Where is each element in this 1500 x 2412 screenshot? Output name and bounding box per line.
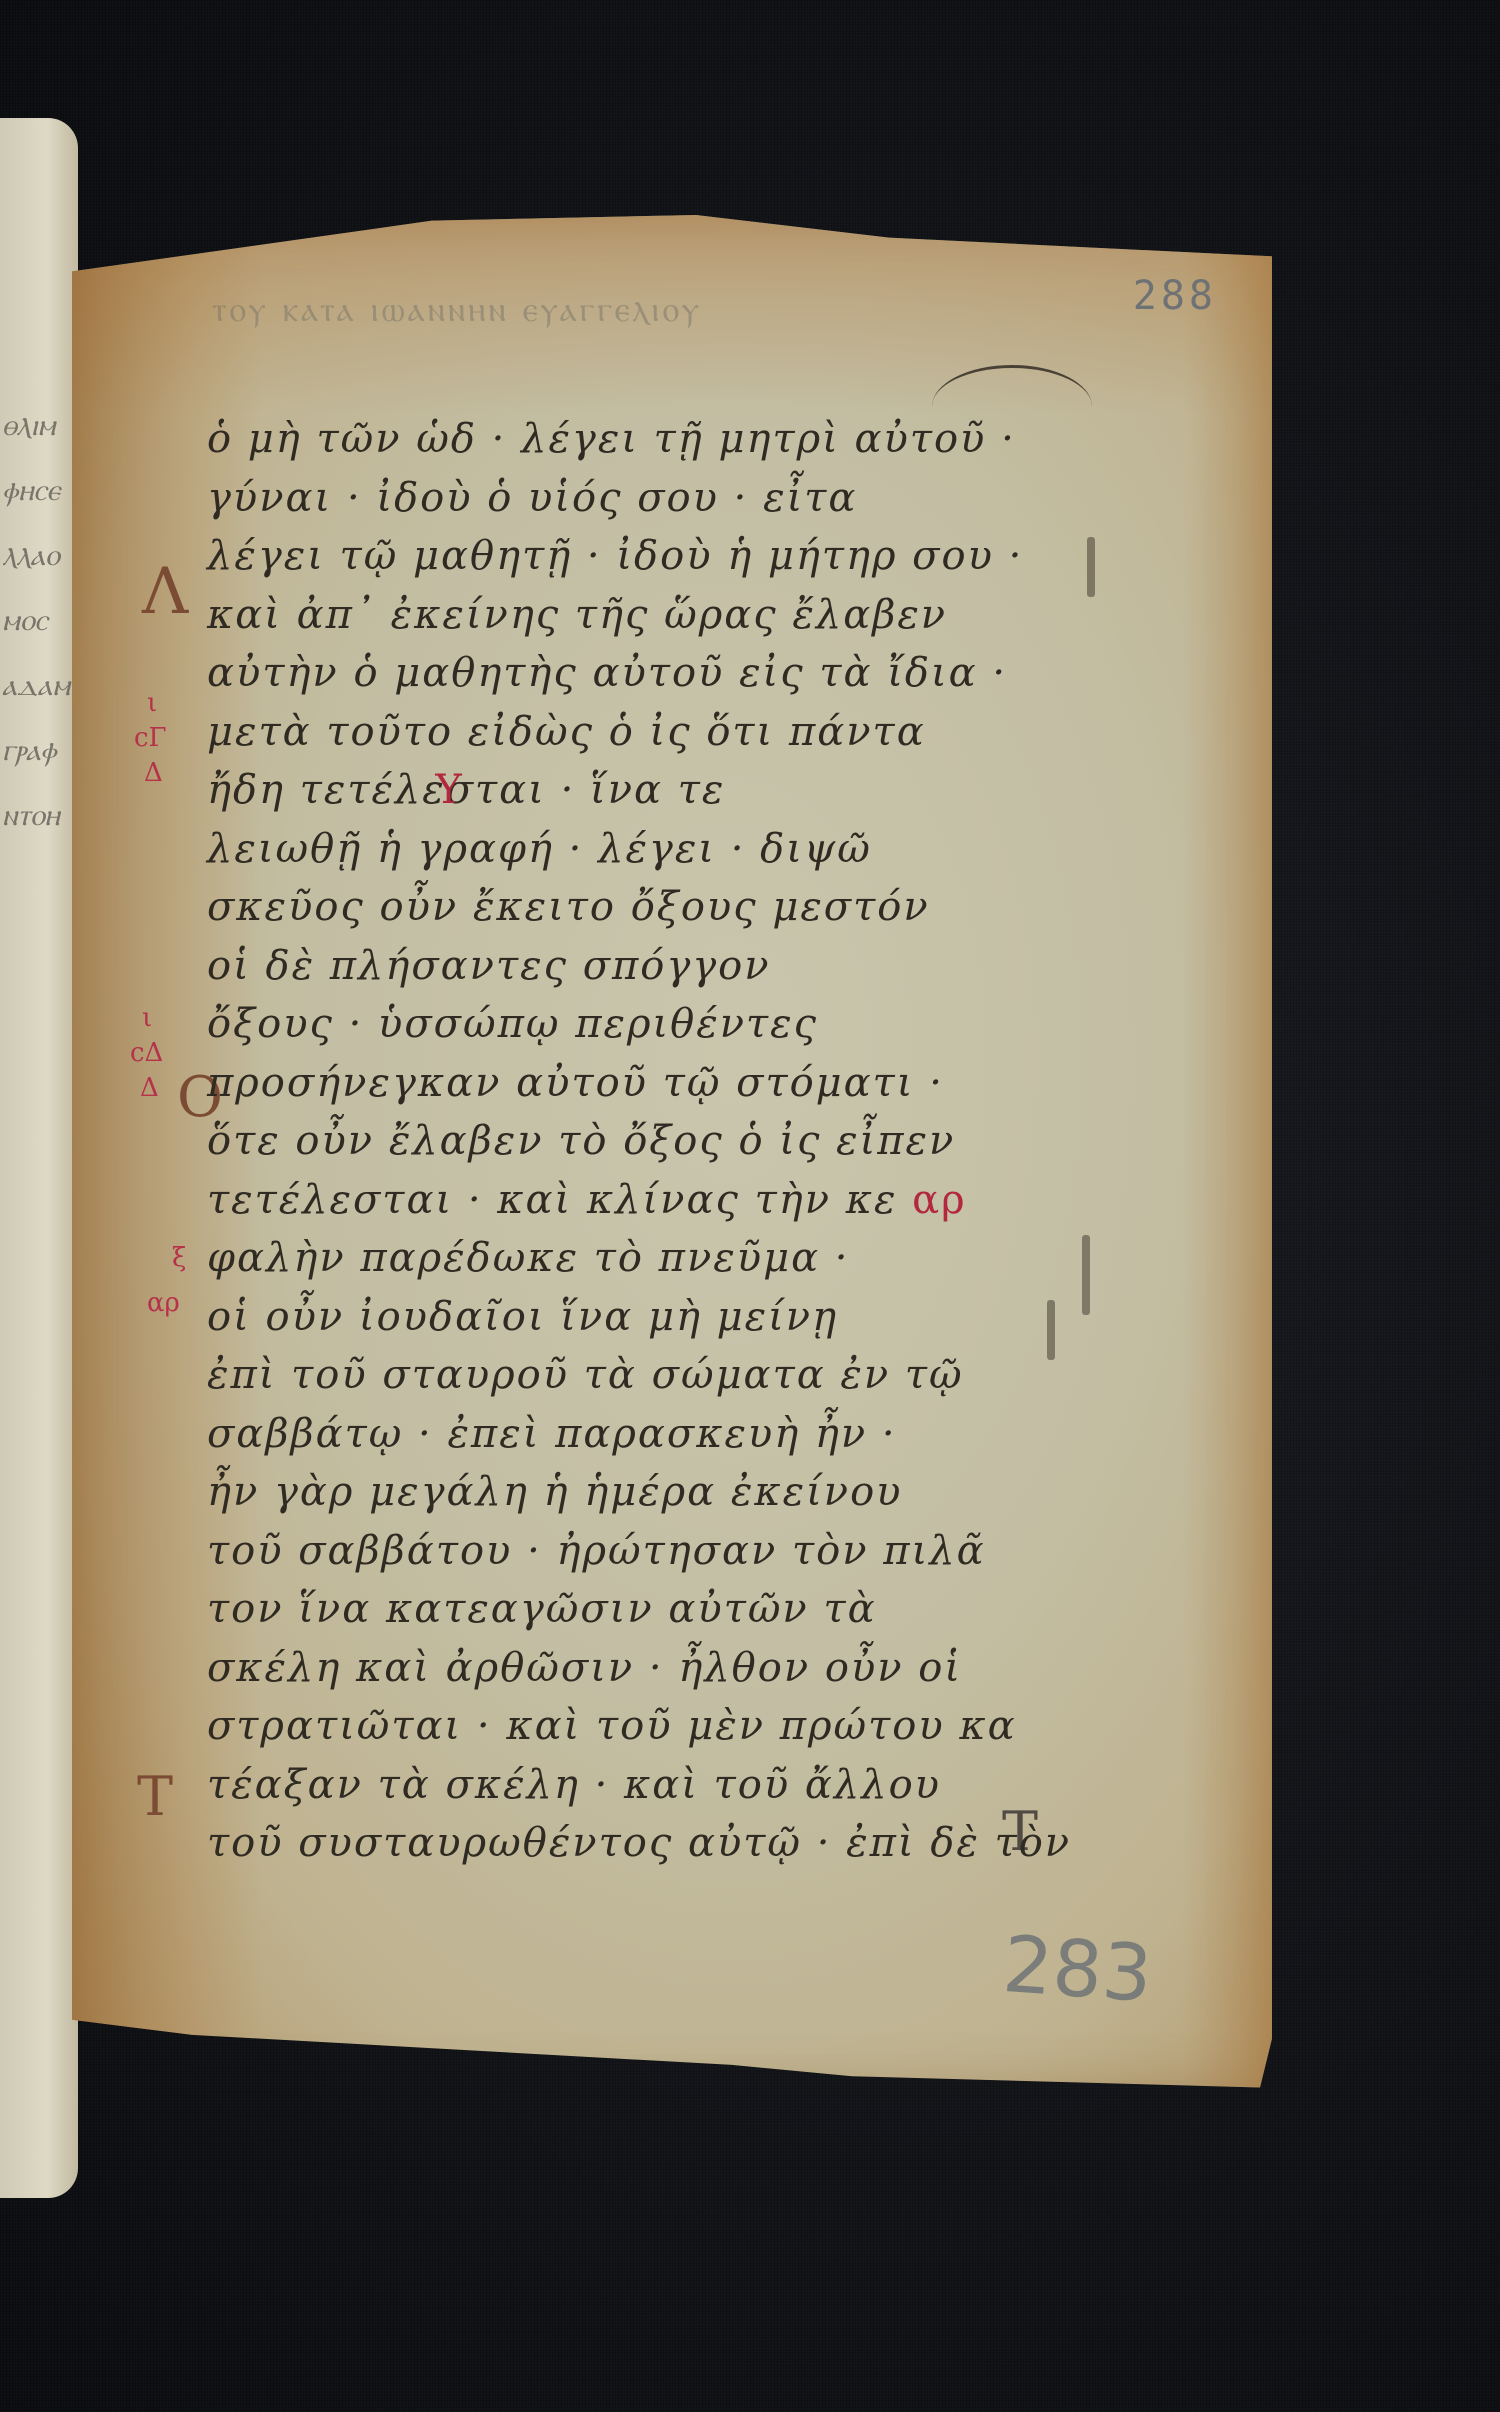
text-line: τοῦ σαββάτου · ἠρώτησαν τὸν πιλᾶ	[207, 1522, 1127, 1581]
text-line: οἱ δὲ πλήσαντες σπόγγον	[207, 937, 1127, 996]
margin-rubric: ι	[142, 1005, 152, 1031]
inline-rubric: αρ	[912, 1177, 967, 1223]
text-line: λειωθῇ ἡ γραφή · λέγει · διψῶ	[207, 820, 1127, 879]
edge-stain-right	[1182, 215, 1272, 2095]
text-line-content: ἤδη τετέλεσται · ἵνα τε	[207, 767, 725, 813]
margin-rubric: Δ	[140, 1075, 159, 1101]
text-line: τον ἵνα κατεαγῶσιν αὐτῶν τὰ	[207, 1580, 1127, 1639]
margin-rubric: ι	[147, 690, 157, 716]
previous-folio-text: ⲁⲇⲁⲙ	[2, 668, 70, 703]
text-line: ἤδη τετέλεσται · ἵνα τεΥ	[207, 761, 1127, 820]
text-line: ὄξους · ὑσσώπῳ περιθέντες	[207, 995, 1127, 1054]
previous-folio-text: ⲗⲗⲁⲟ	[2, 538, 59, 573]
text-line: γύναι · ἰδοὺ ὁ υἱός σου · εἶτα	[207, 469, 1127, 528]
text-line: φαλὴν παρέδωκε τὸ πνεῦμα ·	[207, 1229, 1127, 1288]
folio-number-top: 288	[1133, 273, 1217, 319]
text-line: σκεῦος οὖν ἔκειτο ὄξους μεστόν	[207, 878, 1127, 937]
text-line: σκέλη καὶ ἀρθῶσιν · ἦλθον οὖν οἱ	[207, 1639, 1127, 1698]
text-line: αὐτὴν ὁ μαθητὴς αὐτοῦ εἰς τὰ ἴδια ·	[207, 644, 1127, 703]
text-line: ὅτε οὖν ἔλαβεν τὸ ὄξος ὁ ἰς εἶπεν	[207, 1112, 1127, 1171]
text-line: λέγει τῷ μαθητῇ · ἰδοὺ ἡ μήτηρ σου ·	[207, 527, 1127, 586]
running-head: ⲧⲟⲩ ⲕⲁⲧⲁ ⲓⲱⲁⲛⲛⲏⲛ ⲉⲩⲁⲅⲅⲉⲗⲓⲟⲩ	[212, 290, 702, 330]
previous-folio-text: ⲫⲏⲥⲉ	[2, 473, 60, 508]
margin-rubric: ϲΔ	[130, 1040, 163, 1066]
text-line: καὶ ἀπ᾽ ἐκείνης τῆς ὥρας ἔλαβεν	[207, 586, 1127, 645]
margin-rubric: ϲΓ	[134, 725, 167, 751]
text-line: τέαξαν τὰ σκέλη · καὶ τοῦ ἄλλου	[207, 1756, 1127, 1815]
manuscript-folio: ⲧⲟⲩ ⲕⲁⲧⲁ ⲓⲱⲁⲛⲛⲏⲛ ⲉⲩⲁⲅⲅⲉⲗⲓⲟⲩ 288 Λ Ο Τ Τ …	[72, 215, 1272, 2095]
text-line-content: τετέλεσται · καὶ κλίνας τὴν κε	[207, 1177, 897, 1223]
text-line: οἱ οὖν ἰουδαῖοι ἵνα μὴ μείνῃ	[207, 1288, 1127, 1347]
text-line: προσήνεγκαν αὐτοῦ τῷ στόματι ·	[207, 1054, 1127, 1113]
previous-folio-text: ⲅⲣⲁⲫ	[2, 733, 56, 768]
previous-folio-text: ⲙⲟⲥ	[2, 603, 47, 638]
margin-rubric: αρ	[147, 1290, 180, 1316]
initial-letter: Τ	[137, 1765, 173, 1828]
text-line: μετὰ τοῦτο εἰδὼς ὁ ἰς ὅτι πάντα	[207, 703, 1127, 762]
text-line: στρατιῶται · καὶ τοῦ μὲν πρώτου κα	[207, 1697, 1127, 1756]
previous-folio-text: ⲛⲧⲟⲏ	[2, 798, 60, 833]
initial-letter: Λ	[142, 555, 188, 629]
text-line: τετέλεσται · καὶ κλίνας τὴν κε αρ	[207, 1171, 1127, 1230]
inline-rubric: Υ	[435, 767, 463, 813]
text-line: σαββάτῳ · ἐπεὶ παρασκευὴ ἦν ·	[207, 1405, 1127, 1464]
previous-folio-text: ⲑⲗⲓⲙ	[2, 408, 55, 443]
text-line: ἦν γὰρ μεγάλη ἡ ἡμέρα ἐκείνου	[207, 1463, 1127, 1522]
text-block: ὁ μὴ τῶν ὡδ · λέγει τῇ μητρὶ αὐτοῦ · γύν…	[207, 410, 1127, 1873]
margin-rubric: Δ	[144, 760, 163, 786]
previous-folio-edge: ⲑⲗⲓⲙ ⲫⲏⲥⲉ ⲗⲗⲁⲟ ⲙⲟⲥ ⲁⲇⲁⲙ ⲅⲣⲁⲫ ⲛⲧⲟⲏ	[0, 118, 78, 2198]
folio-number-bottom: 283	[1000, 1920, 1155, 2020]
text-line: ἐπὶ τοῦ σταυροῦ τὰ σώματα ἐν τῷ	[207, 1346, 1127, 1405]
text-line: ὁ μὴ τῶν ὡδ · λέγει τῇ μητρὶ αὐτοῦ ·	[207, 410, 1127, 469]
text-line: τοῦ συσταυρωθέντος αὐτῷ · ἐπὶ δὲ τὸν	[207, 1814, 1127, 1873]
margin-rubric: ξ	[172, 1245, 186, 1271]
